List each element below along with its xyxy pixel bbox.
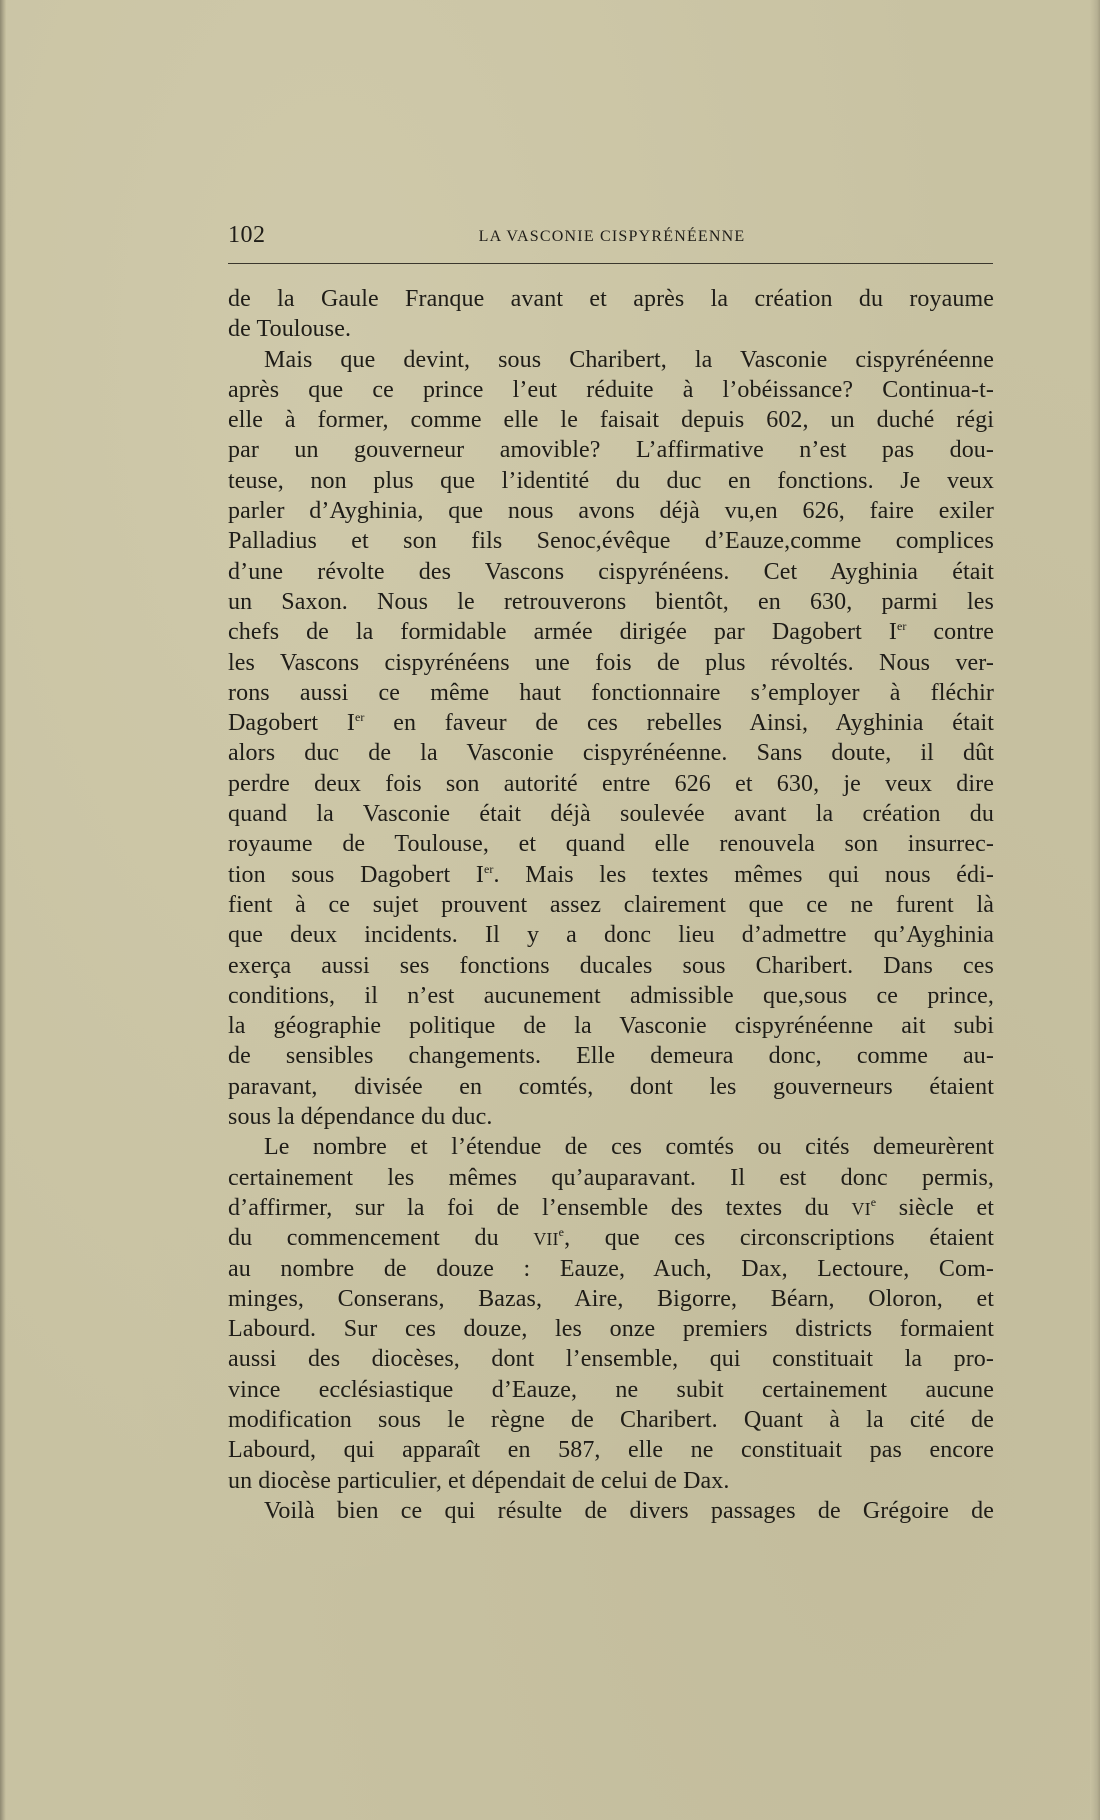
text-line: que deux incidents. Il y a donc lieu d’a… xyxy=(228,920,994,950)
text-line: un Saxon. Nous le retrouverons bientôt, … xyxy=(228,587,994,617)
line-text: quand la Vasconie était déjà soulevée av… xyxy=(228,801,994,827)
line-text: du commencement du xyxy=(228,1225,533,1251)
line-text: paravant, divisée en comtés, dont les go… xyxy=(228,1074,994,1100)
text-line: teuse, non plus que l’identité du duc en… xyxy=(228,466,994,496)
text-line: la géographie politique de la Vasconie c… xyxy=(228,1011,994,1041)
text-line: exerça aussi ses fonctions ducales sous … xyxy=(228,951,994,981)
text-line: Le nombre et l’étendue de ces comtés ou … xyxy=(228,1132,994,1162)
text-line: Palladius et son fils Senoc,évêque d’Eau… xyxy=(228,526,994,556)
line-text: elle à former, comme elle le faisait dep… xyxy=(228,407,994,433)
line-text: la géographie politique de la Vasconie c… xyxy=(228,1013,994,1039)
text-line: sous la dépendance du duc. xyxy=(228,1102,994,1132)
line-text-continued: en faveur de ces rebelles Ainsi, Ayghini… xyxy=(364,710,994,736)
text-line: aussi des diocèses, dont l’ensemble, qui… xyxy=(228,1344,994,1374)
line-text: Labourd. Sur ces douze, les onze premier… xyxy=(228,1316,994,1342)
line-text: sous la dépendance du duc. xyxy=(228,1104,493,1130)
line-text: Labourd, qui apparaît en 587, elle ne co… xyxy=(228,1437,994,1463)
text-line: un diocèse particulier, et dépendait de … xyxy=(228,1466,994,1496)
line-text: perdre deux fois son autorité entre 626 … xyxy=(228,771,994,797)
text-line: tion sous Dagobert Ier. Mais les textes … xyxy=(228,860,994,890)
page-right-edge xyxy=(1090,0,1100,1820)
text-line: du commencement du VIIe, que ces circons… xyxy=(228,1223,994,1253)
text-line: Labourd. Sur ces douze, les onze premier… xyxy=(228,1314,994,1344)
text-line: Mais que devint, sous Charibert, la Vasc… xyxy=(228,345,994,375)
line-text: de sensibles changements. Elle demeura d… xyxy=(228,1043,994,1069)
text-line: parler d’Ayghinia, que nous avons déjà v… xyxy=(228,496,994,526)
text-line: de sensibles changements. Elle demeura d… xyxy=(228,1041,994,1071)
text-line: Labourd, qui apparaît en 587, elle ne co… xyxy=(228,1435,994,1465)
running-head: 102 LA VASCONIE CISPYRÉNÉENNE xyxy=(228,222,996,252)
line-text: minges, Conserans, Bazas, Aire, Bigorre,… xyxy=(228,1286,994,1312)
text-line: alors duc de la Vasconie cispyrénéenne. … xyxy=(228,738,994,768)
text-line: de Toulouse. xyxy=(228,314,994,344)
line-text: chefs de la formidable armée dirigée par… xyxy=(228,619,897,645)
line-text: un diocèse particulier, et dépendait de … xyxy=(228,1468,729,1494)
text-line: vince ecclésiastique d’Eauze, ne subit c… xyxy=(228,1375,994,1405)
text-line: certainement les mêmes qu’auparavant. Il… xyxy=(228,1163,994,1193)
line-text: un Saxon. Nous le retrouverons bientôt, … xyxy=(228,589,994,615)
text-line: de la Gaule Franque avant et après la cr… xyxy=(228,284,994,314)
text-line: chefs de la formidable armée dirigée par… xyxy=(228,617,994,647)
running-title: LA VASCONIE CISPYRÉNÉENNE xyxy=(228,228,996,246)
text-line: perdre deux fois son autorité entre 626 … xyxy=(228,769,994,799)
page-left-edge xyxy=(0,0,6,1820)
line-text: Le nombre et l’étendue de ces comtés ou … xyxy=(264,1134,994,1160)
line-text: après que ce prince l’eut réduite à l’ob… xyxy=(228,377,994,403)
line-text: de Toulouse. xyxy=(228,316,351,342)
line-text: conditions, il n’est aucunement admissib… xyxy=(228,983,994,1009)
line-text: d’une révolte des Vascons cispyrénéens. … xyxy=(228,559,994,585)
text-line: conditions, il n’est aucunement admissib… xyxy=(228,981,994,1011)
text-line: paravant, divisée en comtés, dont les go… xyxy=(228,1072,994,1102)
line-text: aussi des diocèses, dont l’ensemble, qui… xyxy=(228,1346,994,1372)
line-text: Dagobert I xyxy=(228,710,355,736)
text-line: après que ce prince l’eut réduite à l’ob… xyxy=(228,375,994,405)
text-line: elle à former, comme elle le faisait dep… xyxy=(228,405,994,435)
book-page: 102 LA VASCONIE CISPYRÉNÉENNE de la Gaul… xyxy=(0,0,1100,1820)
line-text-continued: , que ces circonscriptions étaient xyxy=(564,1225,994,1251)
line-text: que deux incidents. Il y a donc lieu d’a… xyxy=(228,922,994,948)
line-text: fient à ce sujet prouvent assez claireme… xyxy=(228,892,994,918)
line-text: exerça aussi ses fonctions ducales sous … xyxy=(228,953,994,979)
line-text: Palladius et son fils Senoc,évêque d’Eau… xyxy=(228,528,994,554)
body-text: de la Gaule Franque avant et après la cr… xyxy=(228,284,994,1526)
line-text: certainement les mêmes qu’auparavant. Il… xyxy=(228,1165,994,1191)
line-text: Mais que devint, sous Charibert, la Vasc… xyxy=(264,347,994,373)
text-line: Voilà bien ce qui résulte de divers pass… xyxy=(228,1496,994,1526)
line-text: de la Gaule Franque avant et après la cr… xyxy=(228,286,994,312)
header-rule xyxy=(228,263,993,264)
text-line: par un gouverneur amovible? L’affirmativ… xyxy=(228,435,994,465)
line-text-continued: contre xyxy=(906,619,994,645)
line-text: parler d’Ayghinia, que nous avons déjà v… xyxy=(228,498,994,524)
line-text: modification sous le règne de Charibert.… xyxy=(228,1407,994,1433)
line-text: tion sous Dagobert I xyxy=(228,862,484,888)
line-text: au nombre de douze : Eauze, Auch, Dax, L… xyxy=(228,1256,994,1282)
text-line: d’une révolte des Vascons cispyrénéens. … xyxy=(228,557,994,587)
roman-numeral: VII xyxy=(533,1229,558,1249)
line-text: vince ecclésiastique d’Eauze, ne subit c… xyxy=(228,1377,994,1403)
text-line: modification sous le règne de Charibert.… xyxy=(228,1405,994,1435)
line-text-continued: . Mais les textes mêmes qui nous édi- xyxy=(494,862,995,888)
text-line: Dagobert Ier en faveur de ces rebelles A… xyxy=(228,708,994,738)
line-text: d’affirmer, sur la foi de l’ensemble des… xyxy=(228,1195,852,1221)
line-text: les Vascons cispyrénéens une fois de plu… xyxy=(228,650,994,676)
line-text: royaume de Toulouse, et quand elle renou… xyxy=(228,831,994,857)
text-line: royaume de Toulouse, et quand elle renou… xyxy=(228,829,994,859)
line-text: rons aussi ce même haut fonctionnaire s’… xyxy=(228,680,994,706)
superscript: er xyxy=(484,862,494,876)
line-text: alors duc de la Vasconie cispyrénéenne. … xyxy=(228,740,994,766)
line-text: teuse, non plus que l’identité du duc en… xyxy=(228,468,994,494)
text-line: rons aussi ce même haut fonctionnaire s’… xyxy=(228,678,994,708)
text-line: quand la Vasconie était déjà soulevée av… xyxy=(228,799,994,829)
text-line: au nombre de douze : Eauze, Auch, Dax, L… xyxy=(228,1254,994,1284)
text-line: fient à ce sujet prouvent assez claireme… xyxy=(228,890,994,920)
line-text: Voilà bien ce qui résulte de divers pass… xyxy=(264,1498,994,1524)
text-line: les Vascons cispyrénéens une fois de plu… xyxy=(228,648,994,678)
text-line: minges, Conserans, Bazas, Aire, Bigorre,… xyxy=(228,1284,994,1314)
roman-numeral: VI xyxy=(852,1199,871,1219)
line-text: par un gouverneur amovible? L’affirmativ… xyxy=(228,437,994,463)
text-line: d’affirmer, sur la foi de l’ensemble des… xyxy=(228,1193,994,1223)
line-text-continued: siècle et xyxy=(876,1195,994,1221)
